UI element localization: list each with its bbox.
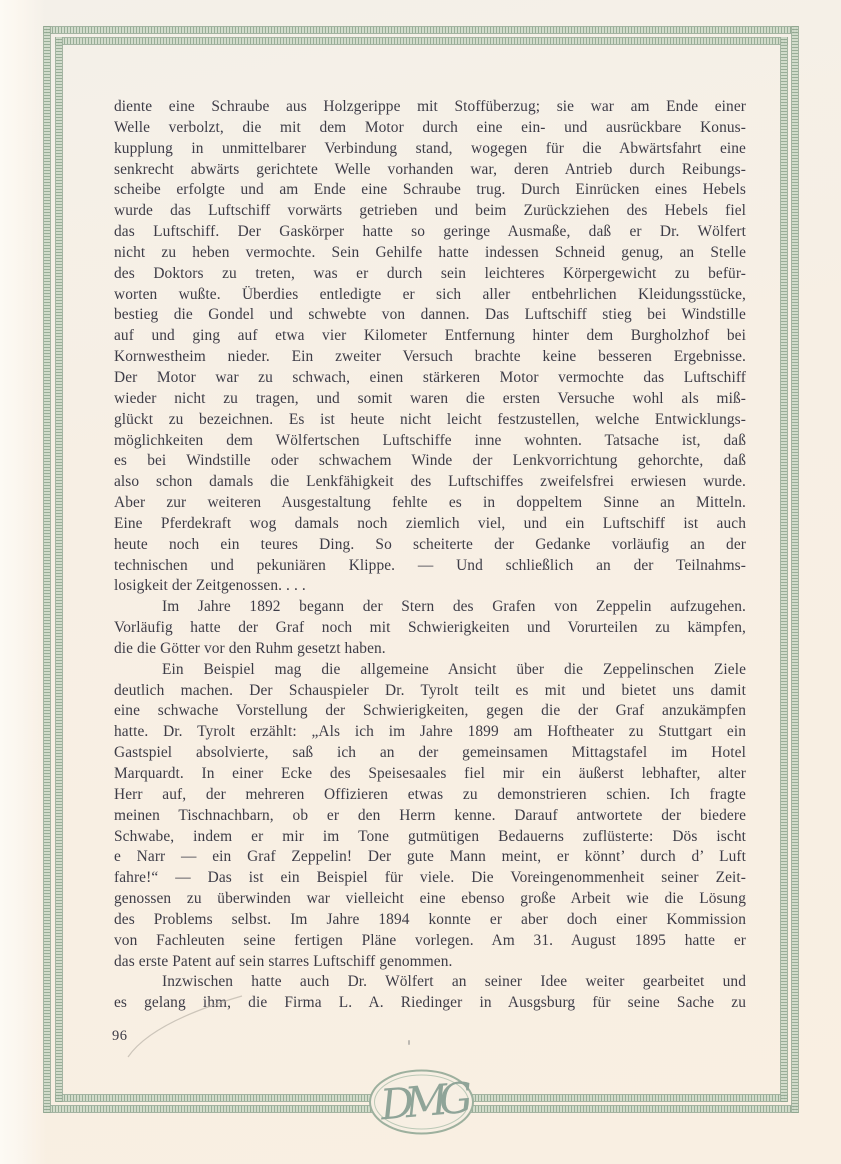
publisher-monogram: DMG [368, 1069, 475, 1135]
text-line: senkrecht abwärts gerichtete Welle vorha… [114, 160, 746, 181]
text-line: e Narr — ein Graf Zeppelin! Der gute Man… [114, 847, 746, 868]
text-line: glückt zu bezeichnen. Es ist heute nicht… [114, 410, 746, 431]
frame-outer-top [43, 26, 799, 34]
text-line: nicht zu heben vermochte. Sein Gehilfe h… [114, 243, 746, 264]
text-line: die die Götter vor den Ruhm gesetzt habe… [114, 639, 746, 660]
text-line: des Doktors zu treten, was er durch sein… [114, 264, 746, 285]
text-line: Vorläufig hatte der Graf noch mit Schwie… [114, 618, 746, 639]
text-line: diente eine Schraube aus Holzgerippe mit… [114, 97, 746, 118]
text-line: wieder nicht zu tragen, und somit waren … [114, 389, 746, 410]
text-line: hatte. Dr. Tyrolt erzählt: „Als ich im J… [114, 722, 746, 743]
text-line: Kornwestheim nieder. Ein zweiter Versuch… [114, 347, 746, 368]
text-line: Schwabe, indem er mir im Tone gutmütigen… [114, 827, 746, 848]
frame-inner-top [55, 37, 788, 45]
text-line: Ein Beispiel mag die allgemeine Ansicht … [114, 660, 746, 681]
text-line: von Fachleuten seine fertigen Pläne vorl… [114, 931, 746, 952]
text-line: Welle verbolzt, die mit dem Motor durch … [114, 118, 746, 139]
book-page-scan: diente eine Schraube aus Holzgerippe mit… [0, 0, 841, 1164]
text-line: deutlich machen. Der Schauspieler Dr. Ty… [114, 681, 746, 702]
text-block: diente eine Schraube aus Holzgerippe mit… [114, 97, 746, 1014]
scan-edge-highlight [0, 0, 46, 1164]
monogram-oval: DMG [368, 1069, 475, 1135]
text-line: also schon damals die Lenkfähigkeit des … [114, 472, 746, 493]
text-line: Der Motor war zu schwach, einen stärkere… [114, 368, 746, 389]
text-line: genossen zu überwinden war vielleicht ei… [114, 889, 746, 910]
text-line: scheibe erfolgte und am Ende eine Schrau… [114, 180, 746, 201]
text-line: Marquardt. In einer Ecke des Speisesaale… [114, 764, 746, 785]
text-line: Gastspiel absolvierte, saß ich an der ge… [114, 743, 746, 764]
frame-inner-left [55, 37, 63, 1102]
text-line: worten wußte. Überdies entledigte er sic… [114, 285, 746, 306]
text-line: auf und ging auf etwa vier Kilometer Ent… [114, 326, 746, 347]
text-line: Eine Pferdekraft wog damals noch ziemlic… [114, 514, 746, 535]
text-line: technischen und pekuniären Klippe. — Und… [114, 556, 746, 577]
text-line: Inzwischen hatte auch Dr. Wölfert an sei… [114, 972, 746, 993]
text-line: es bei Windstille oder schwachem Winde d… [114, 451, 746, 472]
text-line: losigkeit der Zeitgenossen. . . . [114, 576, 746, 597]
frame-inner-right [780, 37, 788, 1102]
text-line: fahre!“ — Das ist ein Beispiel für viele… [114, 868, 746, 889]
text-line: heute noch ein teures Ding. So scheitert… [114, 535, 746, 556]
text-line: kupplung in unmittelbarer Verbindung sta… [114, 139, 746, 160]
text-line: möglichkeiten dem Wölfertschen Luftschif… [114, 431, 746, 452]
text-line: Aber zur weiteren Ausgestaltung fehlte e… [114, 493, 746, 514]
text-line: meinen Tischnachbarn, ob er den Herrn ke… [114, 806, 746, 827]
ink-speck [408, 1040, 410, 1045]
text-line: Herr auf, der mehreren Offizieren etwas … [114, 785, 746, 806]
page-number: 96 [112, 1028, 128, 1045]
text-line: des Problems selbst. Im Jahre 1894 konnt… [114, 910, 746, 931]
text-line: eine schwache Vorstellung der Schwierigk… [114, 701, 746, 722]
text-line: bestieg die Gondel und schwebte von dann… [114, 305, 746, 326]
monogram-letters: DMG [377, 1073, 473, 1130]
text-line: das Luftschiff. Der Gaskörper hatte so g… [114, 222, 746, 243]
frame-outer-right [791, 26, 799, 1113]
text-line: Im Jahre 1892 begann der Stern des Grafe… [114, 597, 746, 618]
text-line: das erste Patent auf sein starres Luftsc… [114, 952, 746, 973]
text-line: wurde das Luftschiff vorwärts getrieben … [114, 201, 746, 222]
frame-outer-left [43, 26, 51, 1113]
text-line: es gelang ihm, die Firma L. A. Riedinger… [114, 993, 746, 1014]
